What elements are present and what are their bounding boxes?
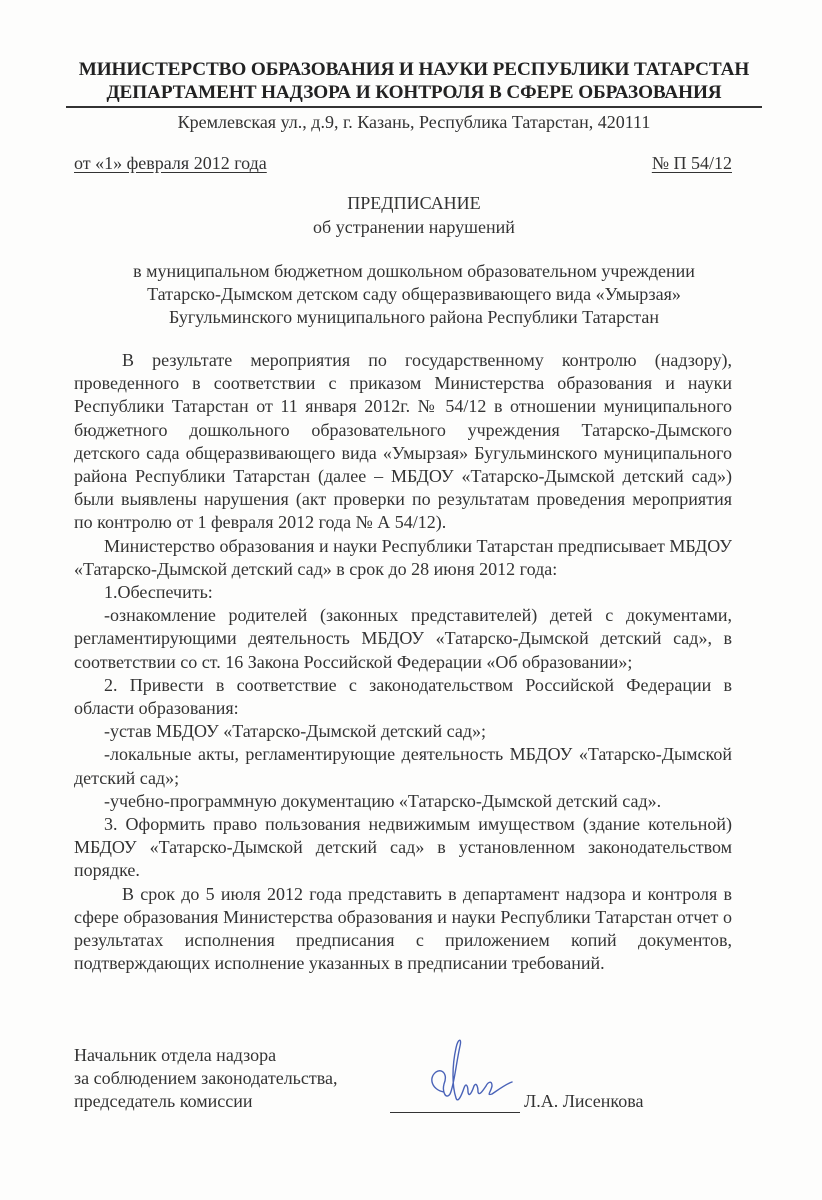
paragraph-order: Министерство образования и науки Республ… xyxy=(74,535,732,581)
position-line: Начальник отдела надзора xyxy=(74,1044,338,1067)
item-3: 3. Оформить право пользования недвижимым… xyxy=(74,813,732,883)
item-2-local-acts: -локальные акты, регламентирующие деятел… xyxy=(74,743,732,789)
letterhead-divider xyxy=(66,106,762,108)
document-page: МИНИСТЕРСТВО ОБРАЗОВАНИЯ И НАУКИ РЕСПУБЛ… xyxy=(0,0,822,1200)
subject-line: Татарско-Дымском детском саду общеразвив… xyxy=(66,283,762,306)
document-title: ПРЕДПИСАНИЕ об устранении нарушений xyxy=(66,191,762,239)
title-sub: об устранении нарушений xyxy=(66,215,762,239)
position-line: за соблюдением законодательства, xyxy=(74,1067,338,1090)
subject-line: в муниципальном бюджетном дошкольном обр… xyxy=(66,260,762,283)
item-2-heading: 2. Привести в соответствие с законодател… xyxy=(74,674,732,720)
item-1-heading: 1.Обеспечить: xyxy=(74,581,732,604)
signatory-position: Начальник отдела надзора за соблюдением … xyxy=(74,1044,338,1113)
item-2-charter: -устав МБДОУ «Татарско-Дымской детский с… xyxy=(74,720,732,743)
document-body: В результате мероприятия по государствен… xyxy=(74,349,732,975)
subject: в муниципальном бюджетном дошкольном обр… xyxy=(66,260,762,329)
document-date: от «1» февраля 2012 года xyxy=(74,152,267,174)
document-number: № П 54/12 xyxy=(652,152,732,174)
item-1-detail: -ознакомление родителей (законных предст… xyxy=(74,604,732,674)
signatory-name: Л.А. Лисенкова xyxy=(524,1090,643,1113)
signature-block: Начальник отдела надзора за соблюдением … xyxy=(74,1044,732,1124)
paragraph-report-deadline: В срок до 5 июля 2012 года представить в… xyxy=(74,883,732,976)
letterhead: МИНИСТЕРСТВО ОБРАЗОВАНИЯ И НАУКИ РЕСПУБЛ… xyxy=(66,58,762,133)
paragraph-findings: В результате мероприятия по государствен… xyxy=(74,349,732,535)
department-name: ДЕПАРТАМЕНТ НАДЗОРА И КОНТРОЛЯ В СФЕРЕ О… xyxy=(66,81,762,104)
ministry-name: МИНИСТЕРСТВО ОБРАЗОВАНИЯ И НАУКИ РЕСПУБЛ… xyxy=(66,58,762,81)
handwritten-signature-icon xyxy=(414,1034,524,1114)
item-2-curriculum: -учебно-программную документацию «Татарс… xyxy=(74,790,732,813)
subject-line: Бугульминского муниципального района Рес… xyxy=(66,306,762,329)
title-main: ПРЕДПИСАНИЕ xyxy=(66,191,762,215)
address: Кремлевская ул., д.9, г. Казань, Республ… xyxy=(66,111,762,133)
position-line: председатель комиссии xyxy=(74,1090,338,1113)
signature-line xyxy=(390,1112,520,1113)
